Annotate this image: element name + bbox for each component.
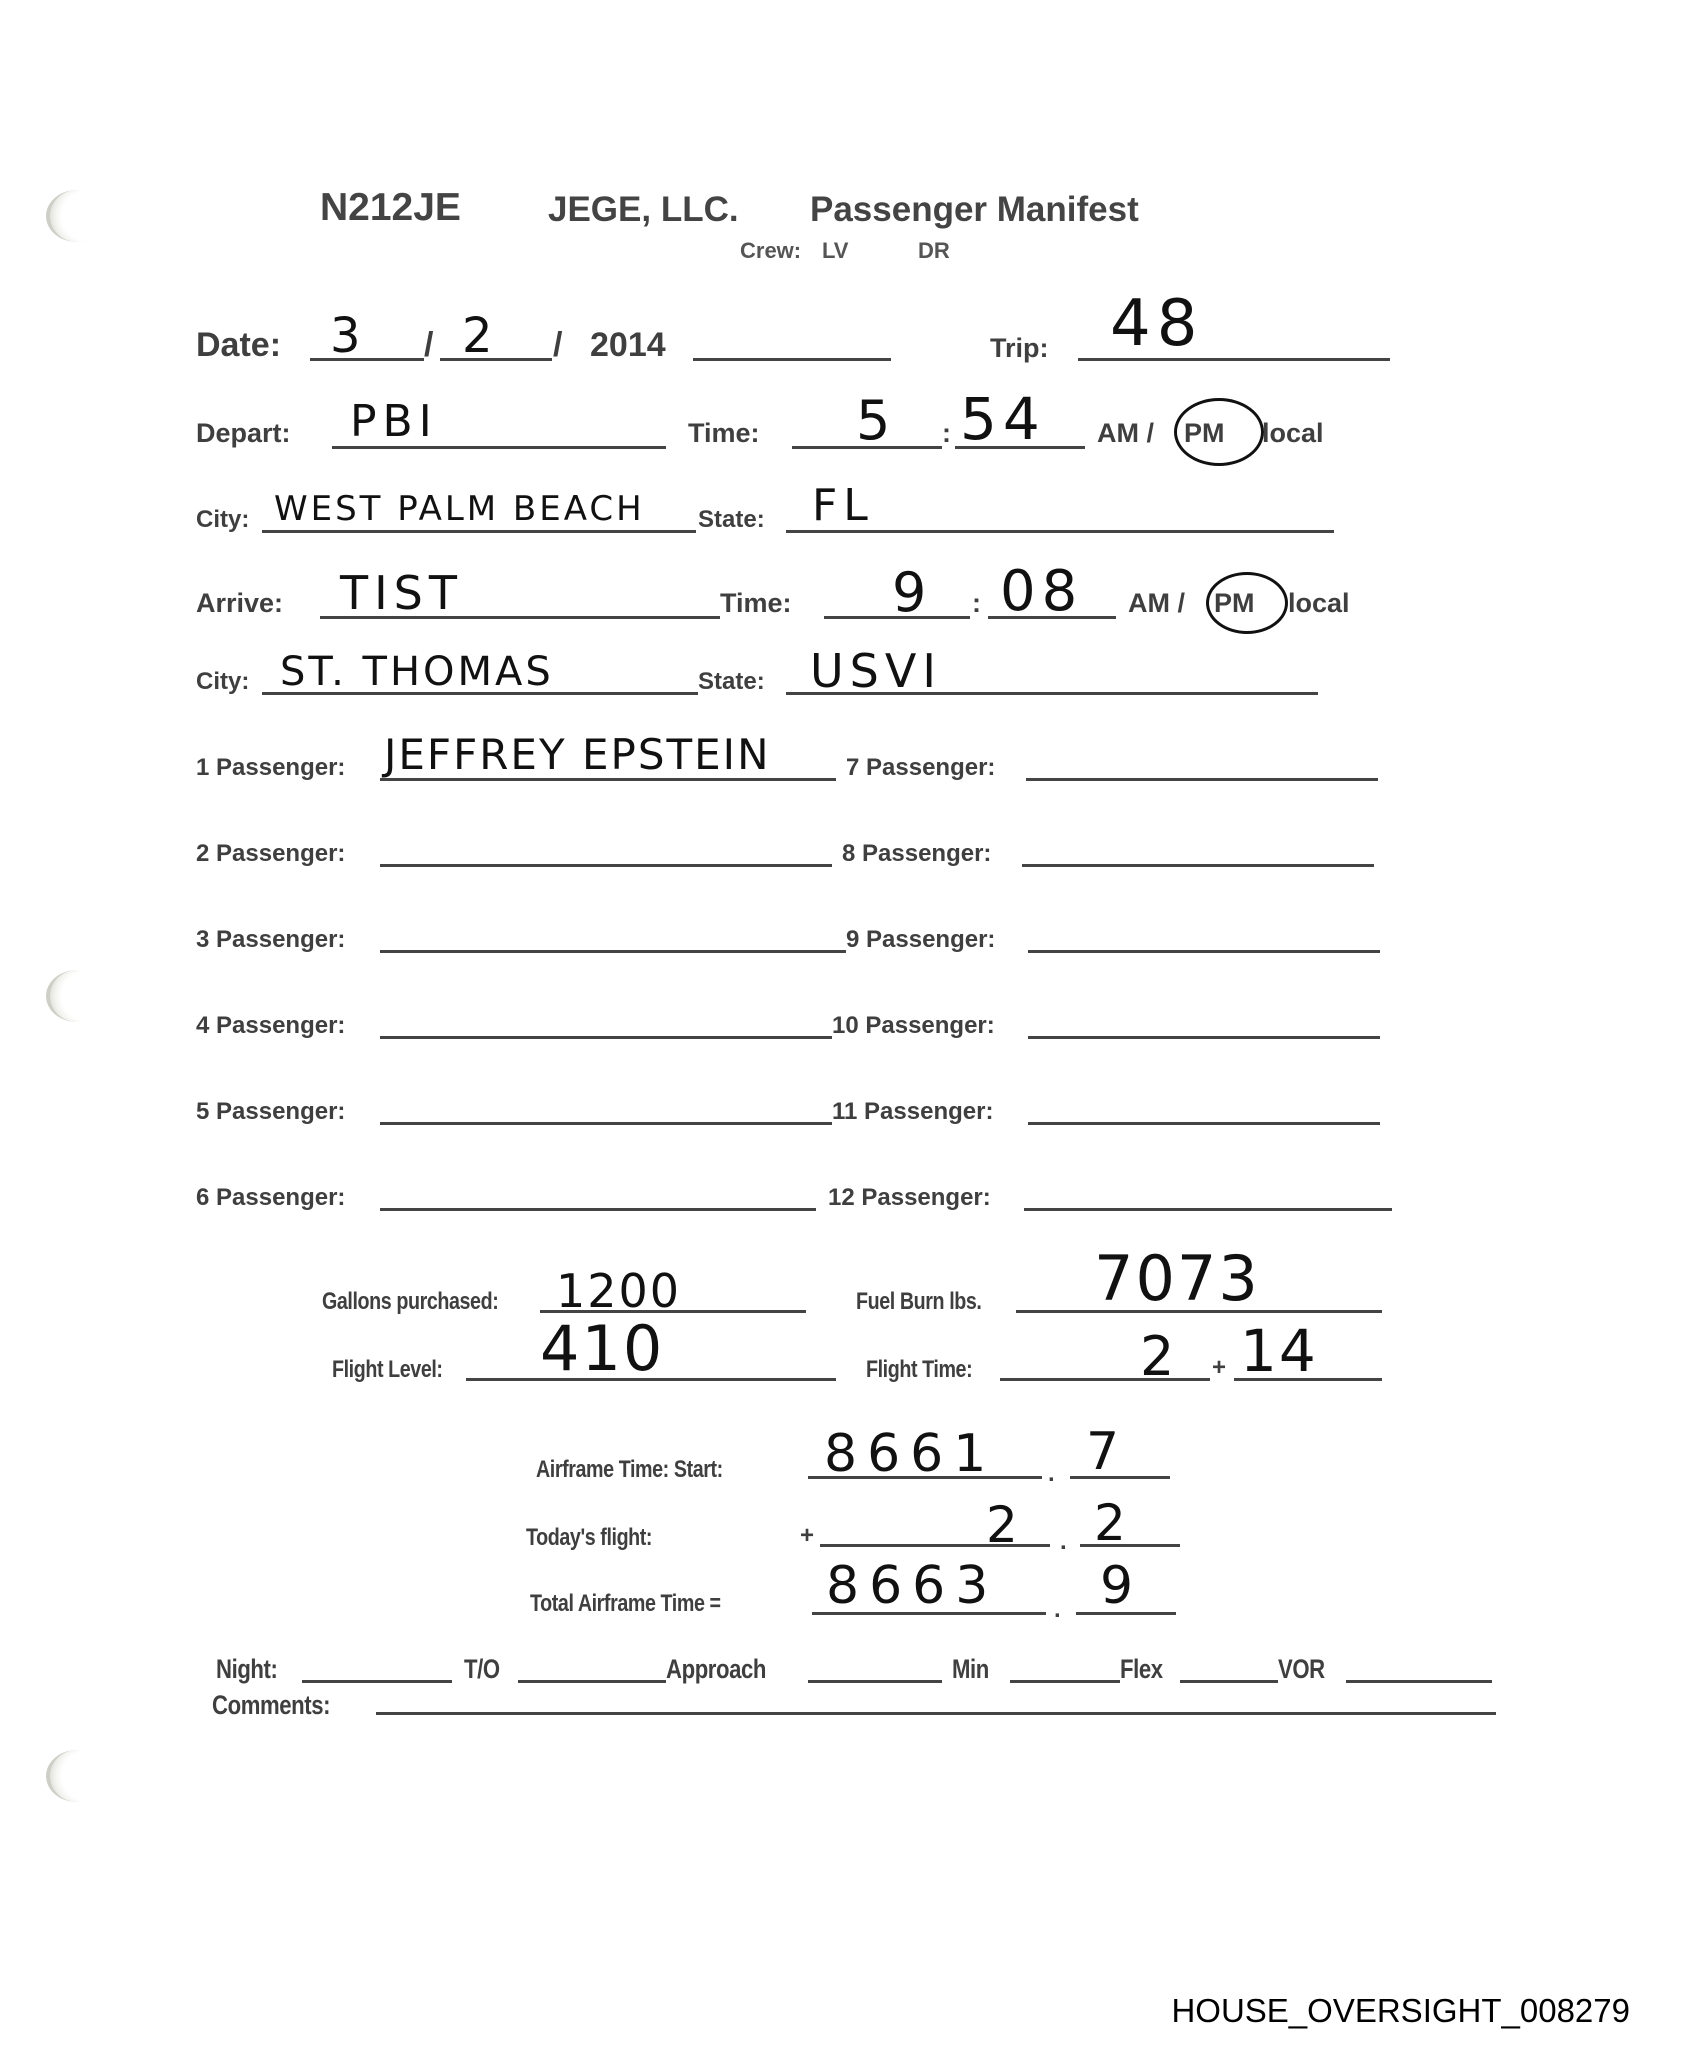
date-month-line (310, 358, 424, 361)
depart-state[interactable]: FL (812, 484, 874, 528)
hole-punch-middle (46, 970, 108, 1022)
flight-time-label: Flight Time: (866, 1358, 972, 1382)
night-line[interactable] (302, 1680, 452, 1683)
passenger-8-label: 8 Passenger: (842, 842, 991, 866)
passenger-11-line[interactable] (1028, 1122, 1380, 1125)
flight-time-minutes[interactable]: 14 (1240, 1322, 1318, 1380)
bates-number: HOUSE_OVERSIGHT_008279 (1171, 1992, 1630, 2030)
passenger-7-label: 7 Passenger: (846, 756, 995, 780)
passenger-3-line[interactable] (380, 950, 846, 953)
flight-time-hours[interactable]: 2 (1140, 1330, 1180, 1384)
passenger-10-line[interactable] (1028, 1036, 1380, 1039)
date-sep-1: / (424, 328, 433, 362)
depart-city[interactable]: WEST PALM BEACH (274, 492, 645, 526)
depart-state-label: State: (698, 508, 765, 532)
depart-city-label: City: (196, 508, 249, 532)
depart-hour[interactable]: 5 (856, 394, 896, 448)
passenger-2-line[interactable] (380, 864, 832, 867)
gallons-label: Gallons purchased: (322, 1290, 498, 1314)
flight-level-value[interactable]: 410 (540, 1318, 664, 1380)
depart-airport[interactable]: PBI (350, 400, 438, 444)
depart-am-label: AM / (1097, 420, 1154, 447)
depart-minute[interactable]: 54 (960, 390, 1046, 448)
passenger-11-label: 11 Passenger: (832, 1100, 993, 1124)
todays-flight-dot: . (1060, 1530, 1067, 1554)
arrive-airport[interactable]: TIST (340, 570, 463, 616)
arrive-minute[interactable]: 08 (1000, 564, 1083, 620)
flex-label: Flex (1120, 1656, 1163, 1683)
depart-city-line (262, 530, 696, 533)
takeoff-label: T/O (464, 1656, 500, 1683)
passenger-3-label: 3 Passenger: (196, 928, 345, 952)
arrive-label: Arrive: (196, 590, 283, 617)
company-name: JEGE, LLC. (548, 192, 739, 227)
airframe-start-label: Airframe Time: Start: (536, 1458, 723, 1482)
comments-label: Comments: (212, 1692, 330, 1719)
arrive-am-label: AM / (1128, 590, 1185, 617)
passenger-8-line[interactable] (1022, 864, 1374, 867)
takeoff-line[interactable] (518, 1680, 666, 1683)
total-airframe-label: Total Airframe Time = (530, 1592, 721, 1616)
depart-pm-circle (1174, 398, 1264, 466)
arrive-colon: : (972, 590, 981, 617)
date-year: 2014 (590, 328, 666, 362)
arrive-pm-circle (1206, 572, 1288, 634)
fuel-burn-label: Fuel Burn lbs. (856, 1290, 981, 1314)
passenger-6-line[interactable] (380, 1208, 816, 1211)
date-label: Date: (196, 328, 281, 362)
fuel-burn-value[interactable]: 7073 (1094, 1248, 1260, 1310)
passenger-5-line[interactable] (380, 1122, 832, 1125)
depart-label: Depart: (196, 420, 291, 447)
min-line[interactable] (1010, 1680, 1120, 1683)
passenger-7-line[interactable] (1026, 778, 1378, 781)
arrive-time-label: Time: (720, 590, 792, 617)
tail-number: N212JE (320, 188, 461, 227)
passenger-4-line[interactable] (380, 1036, 832, 1039)
passenger-2-label: 2 Passenger: (196, 842, 345, 866)
vor-line[interactable] (1346, 1680, 1492, 1683)
passenger-12-label: 12 Passenger: (828, 1186, 991, 1210)
approach-line[interactable] (808, 1680, 942, 1683)
airframe-start-whole[interactable]: 8661 (824, 1428, 996, 1480)
gallons-value[interactable]: 1200 (556, 1268, 681, 1314)
approach-label: Approach (666, 1656, 766, 1683)
total-airframe-dot: . (1054, 1598, 1061, 1622)
night-label: Night: (216, 1656, 277, 1683)
arrive-local-label: local (1288, 590, 1350, 617)
form-title: Passenger Manifest (810, 192, 1139, 227)
flight-level-label: Flight Level: (332, 1358, 443, 1382)
crew-member-2: DR (918, 240, 950, 262)
todays-flight-tenth[interactable]: 2 (1094, 1498, 1132, 1548)
trip-value[interactable]: 48 (1110, 292, 1203, 356)
vor-label: VOR (1278, 1656, 1325, 1683)
arrive-hour[interactable]: 9 (892, 566, 932, 620)
passenger-4-label: 4 Passenger: (196, 1014, 345, 1038)
todays-flight-plus: + (800, 1524, 814, 1548)
arrive-city[interactable]: ST. THOMAS (280, 652, 554, 692)
flex-line[interactable] (1180, 1680, 1278, 1683)
depart-time-label: Time: (688, 420, 760, 447)
hole-punch-bottom (46, 1750, 108, 1802)
passenger-9-label: 9 Passenger: (846, 928, 995, 952)
comments-line[interactable] (376, 1712, 1496, 1715)
passenger-1-label: 1 Passenger: (196, 756, 345, 780)
total-airframe-whole[interactable]: 8663 (826, 1560, 998, 1612)
todays-flight-whole[interactable]: 2 (986, 1500, 1024, 1550)
passenger-9-line[interactable] (1028, 950, 1380, 953)
date-month[interactable]: 3 (330, 312, 367, 360)
passenger-6-label: 6 Passenger: (196, 1186, 345, 1210)
airframe-start-dot: . (1048, 1462, 1055, 1486)
date-sep-2: / (553, 328, 562, 362)
passenger-1-name[interactable]: JEFFREY EPSTEIN (384, 734, 771, 776)
todays-flight-label: Today's flight: (526, 1526, 652, 1550)
hole-punch-top (46, 190, 108, 242)
depart-local-label: local (1262, 420, 1324, 447)
airframe-start-tenth[interactable]: 7 (1086, 1426, 1125, 1478)
crew-label: Crew: (740, 240, 801, 262)
arrive-city-label: City: (196, 670, 249, 694)
passenger-10-label: 10 Passenger: (832, 1014, 995, 1038)
depart-colon: : (942, 420, 951, 447)
arrive-state[interactable]: USVI (810, 648, 942, 694)
date-year-line (693, 358, 891, 361)
min-label: Min (952, 1656, 989, 1683)
passenger-12-line[interactable] (1024, 1208, 1392, 1211)
trip-label: Trip: (990, 335, 1049, 362)
date-day[interactable]: 2 (462, 312, 499, 360)
crew-member-1: LV (822, 240, 848, 262)
manifest-page: N212JE JEGE, LLC. Passenger Manifest Cre… (0, 0, 1700, 2048)
total-airframe-tenth[interactable]: 9 (1100, 1560, 1139, 1612)
arrive-state-label: State: (698, 670, 765, 694)
flight-time-separator: + (1212, 1356, 1226, 1380)
passenger-5-label: 5 Passenger: (196, 1100, 345, 1124)
